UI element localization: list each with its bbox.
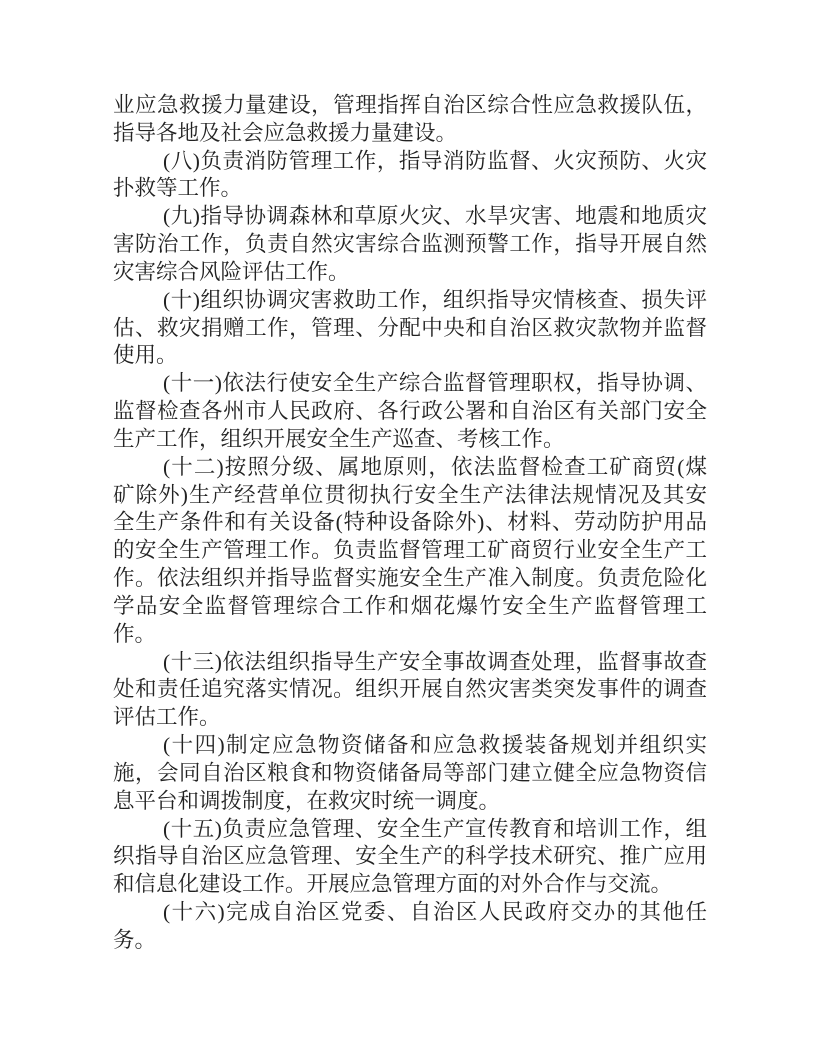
text-line: 矿除外)生产经营单位贯彻执行安全生产法律法规情况及其安 — [113, 482, 707, 510]
text-line: (十)组织协调灾害救助工作，组织指导灾情核查、损失评 — [113, 287, 707, 315]
text-line: 作。依法组织并指导监督实施安全生产准入制度。负责危险化 — [113, 565, 707, 593]
text-line: 评估工作。 — [113, 704, 707, 732]
text-line: 的安全生产管理工作。负责监督管理工矿商贸行业安全生产工 — [113, 537, 707, 565]
text-line: (十三)依法组织指导生产安全事故调查处理，监督事故查 — [113, 649, 707, 677]
text-line: 和信息化建设工作。开展应急管理方面的对外合作与交流。 — [113, 871, 707, 899]
text-line: 灾害综合风险评估工作。 — [113, 259, 707, 287]
text-line: 务。 — [113, 927, 707, 955]
text-line: (十六)完成自治区党委、自治区人民政府交办的其他任 — [113, 899, 707, 927]
text-line: 指导各地及社会应急救援力量建设。 — [113, 120, 707, 148]
text-line: (九)指导协调森林和草原火灾、水旱灾害、地震和地质灾 — [113, 203, 707, 231]
text-line: (十二)按照分级、属地原则，依法监督检查工矿商贸(煤 — [113, 454, 707, 482]
text-line: 施，会同自治区粮食和物资储备局等部门建立健全应急物资信 — [113, 760, 707, 788]
text-line: 业应急救援力量建设，管理指挥自治区综合性应急救援队伍， — [113, 92, 707, 120]
document-text-block: 业应急救援力量建设，管理指挥自治区综合性应急救援队伍，指导各地及社会应急救援力量… — [113, 92, 707, 955]
text-line: 害防治工作，负责自然灾害综合监测预警工作，指导开展自然 — [113, 231, 707, 259]
text-line: 生产工作，组织开展安全生产巡查、考核工作。 — [113, 426, 707, 454]
text-line: (十五)负责应急管理、安全生产宣传教育和培训工作，组 — [113, 816, 707, 844]
text-line: 学品安全监督管理综合工作和烟花爆竹安全生产监督管理工 — [113, 593, 707, 621]
document-page: 业应急救援力量建设，管理指挥自治区综合性应急救援队伍，指导各地及社会应急救援力量… — [0, 0, 816, 1056]
text-line: 处和责任追究落实情况。组织开展自然灾害类突发事件的调查 — [113, 676, 707, 704]
text-line: 全生产条件和有关设备(特种设备除外)、材料、劳动防护用品 — [113, 509, 707, 537]
text-line: (十一)依法行使安全生产综合监督管理职权，指导协调、 — [113, 370, 707, 398]
text-line: (八)负责消防管理工作，指导消防监督、火灾预防、火灾 — [113, 148, 707, 176]
text-line: 监督检查各州市人民政府、各行政公署和自治区有关部门安全 — [113, 398, 707, 426]
text-line: 息平台和调拨制度，在救灾时统一调度。 — [113, 788, 707, 816]
text-line: 织指导自治区应急管理、安全生产的科学技术研究、推广应用 — [113, 843, 707, 871]
text-line: 使用。 — [113, 342, 707, 370]
text-line: 扑救等工作。 — [113, 175, 707, 203]
text-line: (十四)制定应急物资储备和应急救援装备规划并组织实 — [113, 732, 707, 760]
text-line: 作。 — [113, 621, 707, 649]
text-line: 估、救灾捐赠工作，管理、分配中央和自治区救灾款物并监督 — [113, 315, 707, 343]
